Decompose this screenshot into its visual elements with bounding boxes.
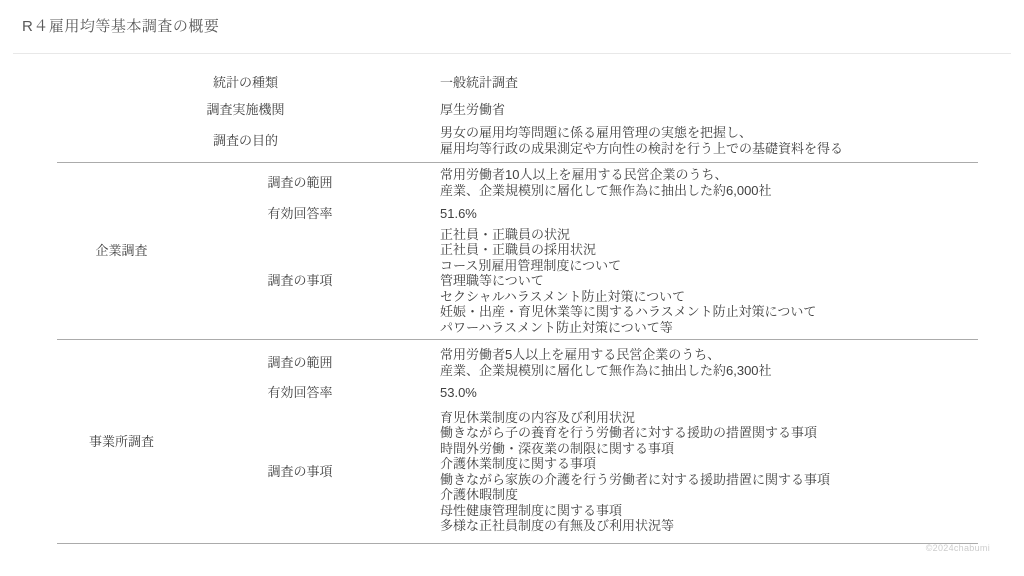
section-rows: 統計の種類一般統計調査調査実施機関厚生労働省調査の目的男女の雇用均等問題に係る雇… (57, 53, 978, 162)
value-line: 介護休業制度に関する事項 (440, 456, 978, 472)
table-row: 調査の範囲常用労働者5人以上を雇用する民営企業のうち、産業、企業規模別に層化して… (186, 340, 978, 380)
value-line: 時間外労働・深夜業の制限に関する事項 (440, 441, 978, 457)
row-value: 男女の雇用均等問題に係る雇用管理の実態を把握し、雇用均等行政の成果測定や方向性の… (414, 125, 978, 156)
row-label: 調査の範囲 (186, 175, 414, 191)
value-line: 妊娠・出産・育児休業等に関するハラスメント防止対策について (440, 304, 978, 320)
row-value: 厚生労働省 (414, 102, 978, 118)
watermark: ©2024chabumi (926, 543, 990, 553)
value-line: パワーハラスメント防止対策について等 (440, 320, 978, 336)
value-line: 常用労働者10人以上を雇用する民営企業のうち、 (440, 167, 978, 183)
row-value: 53.0% (414, 385, 978, 401)
value-line: 母性健康管理制度に関する事項 (440, 503, 978, 519)
section-rows: 調査の範囲常用労働者5人以上を雇用する民営企業のうち、産業、企業規模別に層化して… (186, 340, 978, 543)
table-section: 事業所調査調査の範囲常用労働者5人以上を雇用する民営企業のうち、産業、企業規模別… (57, 340, 978, 544)
slide: R４雇用均等基本調査の概要 統計の種類一般統計調査調査実施機関厚生労働省調査の目… (0, 0, 1024, 576)
group-label: 事業所調査 (57, 340, 186, 543)
table-row: 調査の範囲常用労働者10人以上を雇用する民営企業のうち、産業、企業規模別に層化し… (186, 163, 978, 200)
table-section: 統計の種類一般統計調査調査実施機関厚生労働省調査の目的男女の雇用均等問題に係る雇… (57, 53, 978, 163)
row-value: 一般統計調査 (414, 75, 978, 91)
value-line: 一般統計調査 (440, 75, 978, 91)
value-line: 厚生労働省 (440, 102, 978, 118)
value-line: 51.6% (440, 206, 978, 222)
table-row: 統計の種類一般統計調査 (57, 53, 978, 97)
value-line: 正社員・正職員の採用状況 (440, 242, 978, 258)
value-line: 雇用均等行政の成果測定や方向性の検討を行う上での基礎資料を得る (440, 141, 978, 157)
row-value: 正社員・正職員の状況正社員・正職員の採用状況コース別雇用管理制度について管理職等… (414, 227, 978, 336)
value-line: 働きながら家族の介護を行う労働者に対する援助措置に関する事項 (440, 472, 978, 488)
value-line: 介護休暇制度 (440, 487, 978, 503)
row-label: 調査実施機関 (57, 102, 414, 118)
row-label: 統計の種類 (57, 75, 414, 91)
section-rows: 調査の範囲常用労働者10人以上を雇用する民営企業のうち、産業、企業規模別に層化し… (186, 163, 978, 339)
row-value: 51.6% (414, 206, 978, 222)
row-value: 常用労働者10人以上を雇用する民営企業のうち、産業、企業規模別に層化して無作為に… (414, 167, 978, 198)
row-value: 育児休業制度の内容及び利用状況働きながら子の養育を行う労働者に対する援助の措置関… (414, 410, 978, 534)
page-title: R４雇用均等基本調査の概要 (22, 15, 219, 36)
table-section: 企業調査調査の範囲常用労働者10人以上を雇用する民営企業のうち、産業、企業規模別… (57, 163, 978, 340)
table-row: 有効回答率51.6% (186, 200, 978, 224)
group-label: 企業調査 (57, 163, 186, 339)
value-line: 管理職等について (440, 273, 978, 289)
value-line: 産業、企業規模別に層化して無作為に抽出した約6,300社 (440, 363, 978, 379)
value-line: 男女の雇用均等問題に係る雇用管理の実態を把握し、 (440, 125, 978, 141)
overview-table: 統計の種類一般統計調査調査実施機関厚生労働省調査の目的男女の雇用均等問題に係る雇… (57, 53, 978, 544)
value-line: セクシャルハラスメント防止対策について (440, 289, 978, 305)
value-line: 産業、企業規模別に層化して無作為に抽出した約6,000社 (440, 183, 978, 199)
row-label: 調査の目的 (57, 133, 414, 149)
table-row: 調査の事項正社員・正職員の状況正社員・正職員の採用状況コース別雇用管理制度につい… (186, 224, 978, 340)
row-label: 有効回答率 (186, 206, 414, 222)
row-label: 調査の事項 (186, 464, 414, 480)
value-line: コース別雇用管理制度について (440, 258, 978, 274)
value-line: 育児休業制度の内容及び利用状況 (440, 410, 978, 426)
table-row: 調査の事項育児休業制度の内容及び利用状況働きながら子の養育を行う労働者に対する援… (186, 403, 978, 543)
row-value: 常用労働者5人以上を雇用する民営企業のうち、産業、企業規模別に層化して無作為に抽… (414, 347, 978, 378)
row-label: 有効回答率 (186, 385, 414, 401)
value-line: 働きながら子の養育を行う労働者に対する援助の措置関する事項 (440, 425, 978, 441)
value-line: 53.0% (440, 385, 978, 401)
table-row: 調査実施機関厚生労働省 (57, 97, 978, 123)
row-label: 調査の事項 (186, 273, 414, 289)
value-line: 常用労働者5人以上を雇用する民営企業のうち、 (440, 347, 978, 363)
value-line: 多様な正社員制度の有無及び利用状況等 (440, 518, 978, 534)
table-row: 調査の目的男女の雇用均等問題に係る雇用管理の実態を把握し、雇用均等行政の成果測定… (57, 122, 978, 162)
value-line: 正社員・正職員の状況 (440, 227, 978, 243)
row-label: 調査の範囲 (186, 355, 414, 371)
table-row: 有効回答率53.0% (186, 380, 978, 403)
